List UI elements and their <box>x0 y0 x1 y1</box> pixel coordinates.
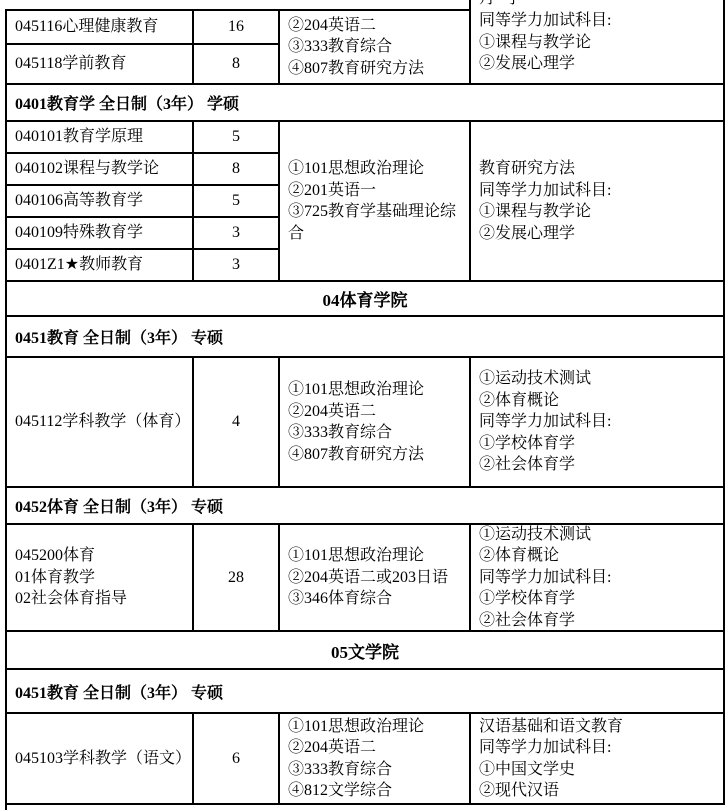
program-cell: 040109特殊教育学 <box>5 216 192 248</box>
program-cell: 0401Z1★教师教育 <box>5 248 192 280</box>
table-right-border <box>723 0 725 805</box>
program-cell: 045118学前教育 <box>5 43 192 83</box>
section-header-0401: 0401教育学 全日制（3年） 学硕 <box>5 83 723 120</box>
next-row-sliver <box>5 803 723 810</box>
quota-cell: 28 <box>192 523 278 630</box>
exam-subjects-cell: ①101思想政治理论 ②204英语二 ③333教育综合 ④807教育研究方法 <box>278 356 469 486</box>
program-cell: 045103学科教学（语文） <box>5 712 192 803</box>
clipped-text-fragment: 月寸 <box>479 0 723 10</box>
quota-cell: 8 <box>192 43 278 83</box>
quota-cell: 3 <box>192 216 278 248</box>
admissions-catalog-page: 月寸 同等学力加试科目: ①课程与教学论 ②发展心理学 045116心理健康教育… <box>0 0 727 810</box>
quota-cell: 16 <box>192 9 278 43</box>
college-header-04: 04体育学院 <box>5 280 723 315</box>
retest-subjects-cell-continued: 月寸 同等学力加试科目: ①课程与教学论 ②发展心理学 <box>469 0 723 83</box>
quota-cell: 5 <box>192 120 278 152</box>
exam-subjects-cell: ①101思想政治理论 ②201英语一 ③725教育学基础理论综 合 <box>278 120 469 280</box>
program-cell: 040102课程与教学论 <box>5 152 192 184</box>
program-cell: 040101教育学原理 <box>5 120 192 152</box>
quota-cell: 5 <box>192 184 278 216</box>
section-header-0451-lit: 0451教育 全日制（3年） 专硕 <box>5 668 723 712</box>
exam-subjects-cell: ②204英语二 ③333教育综合 ④807教育研究方法 <box>278 9 469 83</box>
program-cell: 040106高等教育学 <box>5 184 192 216</box>
program-cell: 045116心理健康教育 <box>5 9 192 43</box>
quota-cell: 4 <box>192 356 278 486</box>
quota-cell: 3 <box>192 248 278 280</box>
exam-subjects-cell: ①101思想政治理论 ②204英语二 ③333教育综合 ④812文学综合 <box>278 712 469 803</box>
quota-cell: 6 <box>192 712 278 803</box>
program-cell: 045112学科教学（体育） <box>5 356 192 486</box>
section-header-0452: 0452体育 全日制（3年） 专硕 <box>5 486 723 523</box>
retest-subjects-text: 同等学力加试科目: ①课程与教学论 ②发展心理学 <box>479 10 723 75</box>
retest-subjects-cell: ①运动技术测试 ②体育概论 同等学力加试科目: ①学校体育学 ②社会体育学 <box>469 356 723 486</box>
retest-subjects-cell: ①运动技术测试 ②体育概论 同等学力加试科目: ①学校体育学 ②社会体育学 <box>469 523 723 630</box>
section-header-0451-pe: 0451教育 全日制（3年） 专硕 <box>5 315 723 356</box>
exam-subjects-cell: ①101思想政治理论 ②204英语二或203日语 ③346体育综合 <box>278 523 469 630</box>
college-header-05: 05文学院 <box>5 630 723 668</box>
program-cell: 045200体育 01体育教学 02社会体育指导 <box>5 523 192 630</box>
retest-subjects-cell: 教育研究方法 同等学力加试科目: ①课程与教学论 ②发展心理学 <box>469 120 723 280</box>
quota-cell: 8 <box>192 152 278 184</box>
retest-subjects-cell: 汉语基础和语文教育 同等学力加试科目: ①中国文学史 ②现代汉语 <box>469 712 723 803</box>
